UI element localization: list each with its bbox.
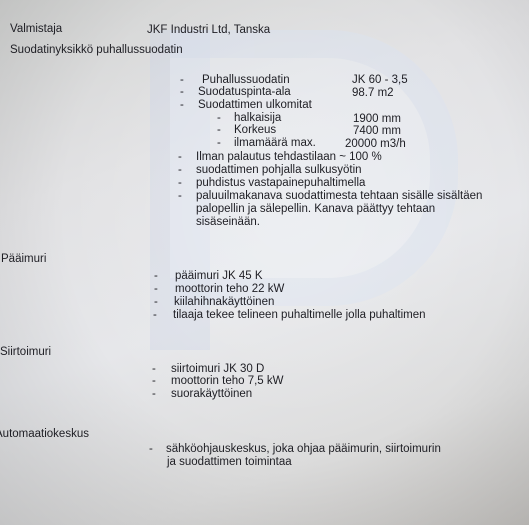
transfer-fan-item: suorakäyttöinen — [171, 388, 252, 400]
note-item: puhdistus vastapainepuhaltimella — [196, 177, 365, 189]
bullet-dash: - — [217, 124, 221, 136]
spec-value: JK 60 - 3,5 — [352, 74, 408, 86]
dimension-label: Korkeus — [234, 124, 276, 136]
manufacturer-value: JKF Industri Ltd, Tanska — [147, 24, 270, 36]
main-fan-item: moottorin teho 22 kW — [175, 283, 284, 295]
dimension-label: halkaisija — [234, 112, 281, 124]
bullet-dash: - — [154, 270, 158, 282]
bullet-dash: - — [178, 177, 182, 189]
spec-value: 98.7 m2 — [352, 87, 394, 99]
bullet-dash: - — [152, 363, 156, 375]
main-fan-item: kiilahihnakäyttöinen — [174, 296, 274, 308]
bullet-dash: - — [180, 74, 184, 86]
main-fan-heading: Pääimuri — [1, 253, 46, 265]
bullet-dash: - — [153, 309, 157, 321]
bullet-dash: - — [178, 151, 182, 163]
bullet-dash: - — [149, 443, 153, 455]
bullet-dash: - — [154, 296, 158, 308]
bullet-dash: - — [152, 388, 156, 400]
bullet-dash: - — [178, 190, 182, 202]
transfer-fan-item: moottorin teho 7,5 kW — [171, 375, 284, 387]
automation-item-continued: ja suodattimen toimintaa — [167, 456, 292, 468]
automation-item: sähköohjauskeskus, joka ohjaa pääimurin,… — [166, 443, 441, 455]
bullet-dash: - — [217, 112, 221, 124]
note-item: paluuilmakanava suodattimesta tehtaan si… — [196, 190, 482, 202]
note-item: suodattimen pohjalla sulkusyötin — [196, 164, 362, 176]
note-item: Ilman palautus tehdastilaan ~ 100 % — [196, 151, 382, 163]
automation-heading: Automaatiokeskus — [0, 428, 89, 440]
spec-label: Puhallussuodatin — [202, 74, 290, 86]
main-fan-item: tilaaja tekee telineen puhaltimelle joll… — [173, 309, 426, 321]
unit-title: Suodatinyksikkö puhallussuodatin — [10, 44, 183, 56]
note-item-continued: sisäseinään. — [196, 216, 260, 228]
bullet-dash: - — [180, 99, 184, 111]
dimension-value: 7400 mm — [353, 125, 401, 137]
manufacturer-label: Valmistaja — [10, 23, 62, 35]
bullet-dash: - — [180, 86, 184, 98]
bullet-dash: - — [217, 137, 221, 149]
note-item-continued: palopellin ja sälepellin. Kanava päättyy… — [196, 203, 435, 215]
transfer-fan-heading: Siirtoimuri — [0, 346, 51, 358]
dimension-value: 20000 m3/h — [345, 138, 406, 150]
transfer-fan-item: siirtoimuri JK 30 D — [171, 363, 264, 375]
bullet-dash: - — [152, 375, 156, 387]
bullet-dash: - — [154, 283, 158, 295]
dimension-label: ilmamäärä max. — [234, 137, 316, 149]
spec-label: Suodattimen ulkomitat — [198, 99, 312, 111]
dimension-value: 1900 mm — [353, 113, 401, 125]
main-fan-item: pääimuri JK 45 K — [175, 270, 263, 282]
bullet-dash: - — [178, 164, 182, 176]
spec-label: Suodatuspinta-ala — [198, 86, 291, 98]
